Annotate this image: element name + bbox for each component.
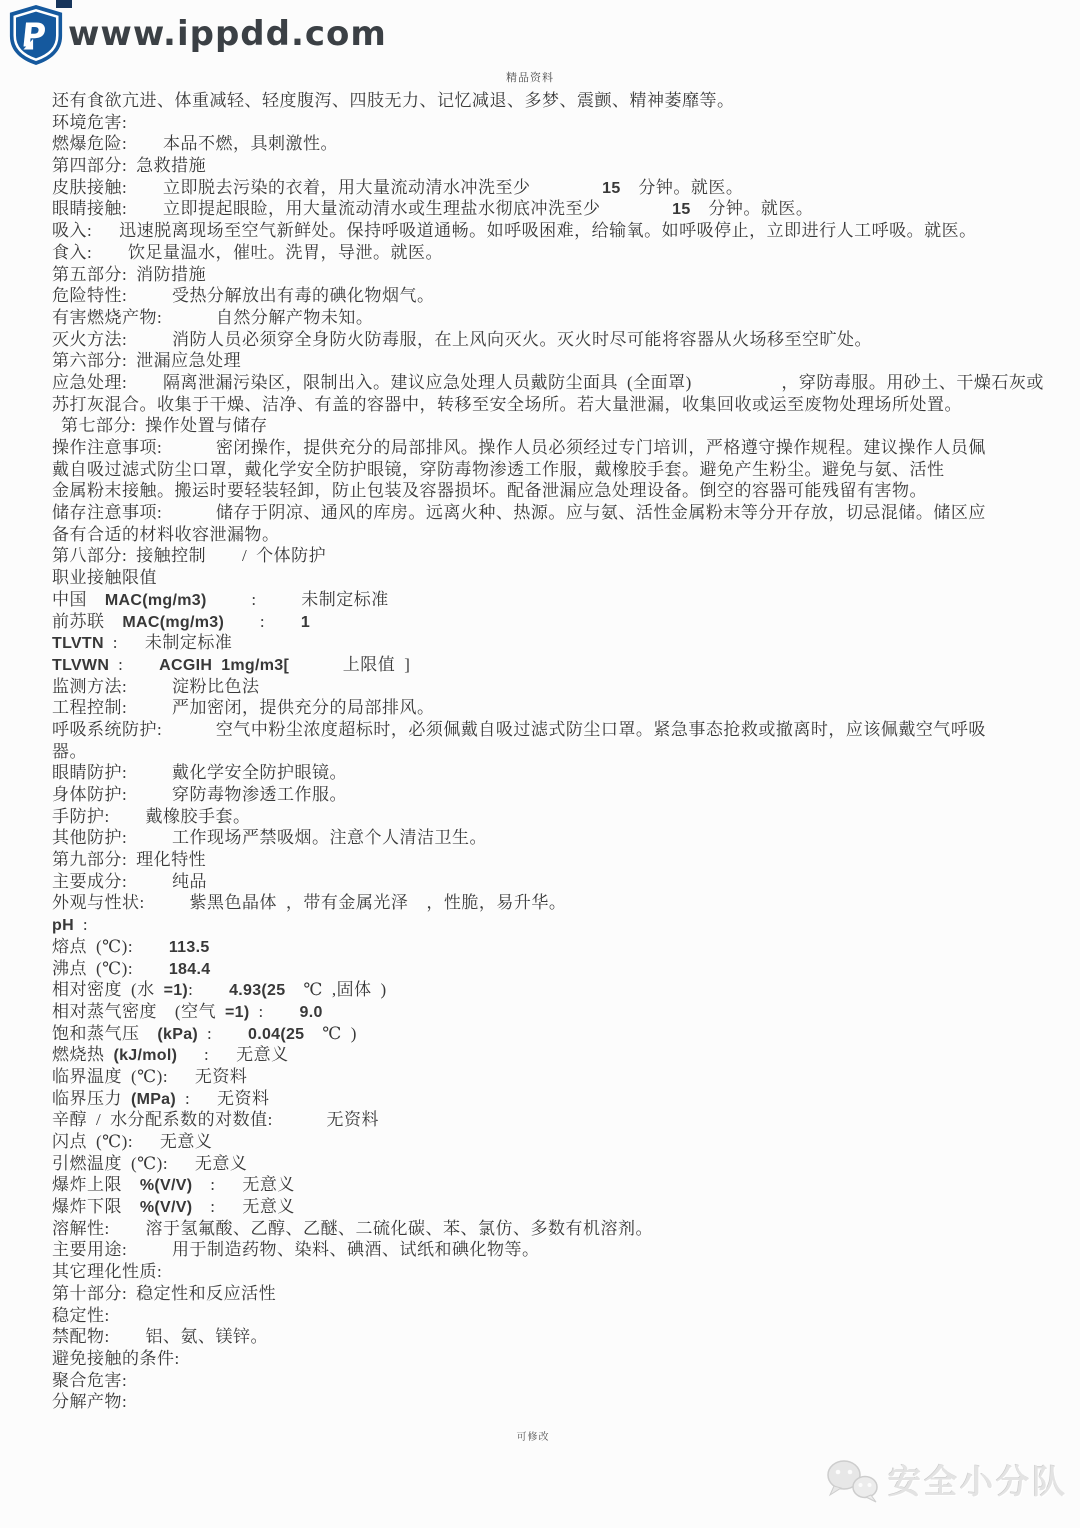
- text-line: 第六部分: 泄漏应急处理: [52, 350, 1066, 372]
- text-line: 环境危害:: [52, 112, 1066, 134]
- site-header: P www.ippdd.com: [0, 0, 1080, 75]
- text-line: 第九部分: 理化特性: [52, 849, 1066, 871]
- text-line: 中国 MAC(mg/m3) : 未制定标准: [52, 589, 1066, 611]
- text-line: 临界温度 (℃): 无资料: [52, 1066, 1066, 1088]
- text-line: 第八部分: 接触控制 / 个体防护: [52, 545, 1066, 567]
- text-line: 备有合适的材料收容泄漏物。: [52, 524, 1066, 546]
- latin-text-segment: 0.04(25: [248, 1026, 304, 1043]
- top-watermark-label: 精品资料: [506, 69, 554, 85]
- watermark-team-text: 安全小分队: [888, 1456, 1068, 1503]
- text-line: 燃爆危险: 本品不燃，具刺激性。: [52, 133, 1066, 155]
- text-line: 其它理化性质:: [52, 1261, 1066, 1283]
- site-url-text: www.ippdd.com: [68, 14, 387, 54]
- text-line: 前苏联 MAC(mg/m3) : 1: [52, 611, 1066, 633]
- text-line: pH :: [52, 914, 1066, 936]
- latin-text-segment: 184.4: [169, 961, 211, 978]
- text-line: 引燃温度 (℃): 无意义: [52, 1153, 1066, 1175]
- latin-text-segment: TLVWN: [52, 657, 109, 674]
- text-line: 临界压力 (MPa) : 无资料: [52, 1088, 1066, 1110]
- text-line: 第七部分: 操作处置与储存: [52, 415, 1066, 437]
- svg-text:P: P: [20, 16, 48, 55]
- latin-text-segment: 1: [301, 614, 310, 631]
- text-line: 戴自吸过滤式防尘口罩，戴化学安全防护眼镜，穿防毒物渗透工作服，戴橡胶手套。避免产…: [52, 459, 1066, 481]
- text-line: 食入: 饮足量温水，催吐。洗胃，导泄。就医。: [52, 242, 1066, 264]
- wechat-chat-bubbles-icon: [824, 1457, 880, 1503]
- text-line: 禁配物: 铝、氨、镁锌。: [52, 1326, 1066, 1348]
- text-line: 身体防护: 穿防毒物渗透工作服。: [52, 784, 1066, 806]
- text-line: 吸入: 迅速脱离现场至空气新鲜处。保持呼吸道通畅。如呼吸困难，给输氧。如呼吸停止…: [52, 220, 1066, 242]
- latin-text-segment: 1mg/m3[: [221, 657, 289, 674]
- document-page: P www.ippdd.com 精品资料 还有食欲亢进、体重减轻、轻度腹泻、四肢…: [0, 0, 1080, 1528]
- document-body: 还有食欲亢进、体重减轻、轻度腹泻、四肢无力、记忆减退、多梦、震颤、精神萎靡等。环…: [52, 90, 1066, 1413]
- text-line: 其他防护: 工作现场严禁吸烟。注意个人清洁卫生。: [52, 827, 1066, 849]
- text-line: 相对密度 (水 =1): 4.93(25 ℃ ,固体 ): [52, 979, 1066, 1001]
- latin-text-segment: MAC(mg/m3): [105, 592, 207, 609]
- latin-text-segment: 4.93(25: [229, 982, 285, 999]
- text-line: 稳定性:: [52, 1305, 1066, 1327]
- text-line: 避免接触的条件:: [52, 1348, 1066, 1370]
- text-line: 监测方法: 淀粉比色法: [52, 676, 1066, 698]
- text-line: 沸点 (℃): 184.4: [52, 958, 1066, 980]
- text-line: 苏打灰混合。收集于干燥、洁净、有盖的容器中，转移至安全场所。若大量泄漏，收集回收…: [52, 394, 1066, 416]
- footer-note-label: 可修改: [517, 1428, 550, 1443]
- text-line: 相对蒸气密度 (空气 =1) : 9.0: [52, 1001, 1066, 1023]
- latin-text-segment: (MPa): [131, 1091, 176, 1108]
- text-line: 饱和蒸气压 (kPa) : 0.04(25 ℃ ): [52, 1023, 1066, 1045]
- latin-text-segment: (kJ/mol): [113, 1047, 177, 1064]
- text-line: 第十部分: 稳定性和反应活性: [52, 1283, 1066, 1305]
- latin-text-segment: =1): [225, 1004, 249, 1021]
- text-line: 灭火方法: 消防人员必须穿全身防火防毒服，在上风向灭火。灭火时尽可能将容器从火场…: [52, 329, 1066, 351]
- text-line: 主要成分: 纯品: [52, 871, 1066, 893]
- latin-text-segment: (kPa): [157, 1026, 198, 1043]
- latin-text-segment: %(V/V): [140, 1199, 192, 1216]
- text-line: 第五部分: 消防措施: [52, 264, 1066, 286]
- text-line: 职业接触限值: [52, 567, 1066, 589]
- text-line: TLVWN : ACGIH 1mg/m3[ 上限值 ]: [52, 654, 1066, 676]
- text-line: 闪点 (℃): 无意义: [52, 1131, 1066, 1153]
- latin-text-segment: ACGIH: [159, 657, 212, 674]
- text-line: 呼吸系统防护: 空气中粉尘浓度超标时，必须佩戴自吸过滤式防尘口罩。紧急事态抢救或…: [52, 719, 1066, 741]
- text-line: 熔点 (℃): 113.5: [52, 936, 1066, 958]
- text-line: 辛醇 / 水分配系数的对数值: 无资料: [52, 1109, 1066, 1131]
- text-line: 工程控制: 严加密闭，提供充分的局部排风。: [52, 697, 1066, 719]
- text-line: 主要用途: 用于制造药物、染料、碘酒、试纸和碘化物等。: [52, 1239, 1066, 1261]
- text-line: 眼睛防护: 戴化学安全防护眼镜。: [52, 762, 1066, 784]
- latin-text-segment: 15: [602, 180, 620, 197]
- text-line: 储存注意事项: 储存于阴凉、通风的库房。远离火种、热源。应与氨、活性金属粉末等分…: [52, 502, 1066, 524]
- latin-text-segment: pH: [52, 917, 74, 934]
- text-line: 有害燃烧产物: 自然分解产物未知。: [52, 307, 1066, 329]
- text-line: 聚合危害:: [52, 1370, 1066, 1392]
- text-line: 爆炸上限 %(V/V) : 无意义: [52, 1174, 1066, 1196]
- latin-text-segment: =1): [164, 982, 188, 999]
- text-line: 外观与性状: 紫黑色晶体 ，带有金属光泽 ，性脆，易升华。: [52, 892, 1066, 914]
- text-line: 手防护: 戴橡胶手套。: [52, 806, 1066, 828]
- text-line: 危险特性: 受热分解放出有毒的碘化物烟气。: [52, 285, 1066, 307]
- text-line: 爆炸下限 %(V/V) : 无意义: [52, 1196, 1066, 1218]
- text-line: 还有食欲亢进、体重减轻、轻度腹泻、四肢无力、记忆减退、多梦、震颤、精神萎靡等。: [52, 90, 1066, 112]
- text-line: 溶解性: 溶于氢氟酸、乙醇、乙醚、二硫化碳、苯、氯仿、多数有机溶剂。: [52, 1218, 1066, 1240]
- text-line: 应急处理: 隔离泄漏污染区，限制出入。建议应急处理人员戴防尘面具 (全面罩) ，…: [52, 372, 1066, 394]
- latin-text-segment: 15: [672, 201, 690, 218]
- scan-artifact: [56, 0, 72, 8]
- text-line: 操作注意事项: 密闭操作，提供充分的局部排风。操作人员必须经过专门培训，严格遵守…: [52, 437, 1066, 459]
- text-line: 器。: [52, 741, 1066, 763]
- latin-text-segment: MAC(mg/m3): [122, 614, 224, 631]
- shield-p-logo-icon: P: [7, 4, 65, 66]
- latin-text-segment: TLVTN: [52, 635, 104, 652]
- text-line: 皮肤接触: 立即脱去污染的衣着，用大量流动清水冲洗至少 15 分钟。就医。: [52, 177, 1066, 199]
- text-line: 眼睛接触: 立即提起眼睑，用大量流动清水或生理盐水彻底冲洗至少 15 分钟。就医…: [52, 198, 1066, 220]
- latin-text-segment: %(V/V): [140, 1177, 192, 1194]
- text-line: 燃烧热 (kJ/mol) : 无意义: [52, 1044, 1066, 1066]
- text-line: 金属粉末接触。搬运时要轻装轻卸，防止包装及容器损坏。配备泄漏应急处理设备。倒空的…: [52, 480, 1066, 502]
- text-line: 第四部分: 急救措施: [52, 155, 1066, 177]
- text-line: TLVTN : 未制定标准: [52, 632, 1066, 654]
- bottom-watermark: 安全小分队: [824, 1456, 1068, 1503]
- latin-text-segment: 113.5: [169, 939, 210, 956]
- text-line: 分解产物:: [52, 1391, 1066, 1413]
- latin-text-segment: 9.0: [300, 1004, 323, 1021]
